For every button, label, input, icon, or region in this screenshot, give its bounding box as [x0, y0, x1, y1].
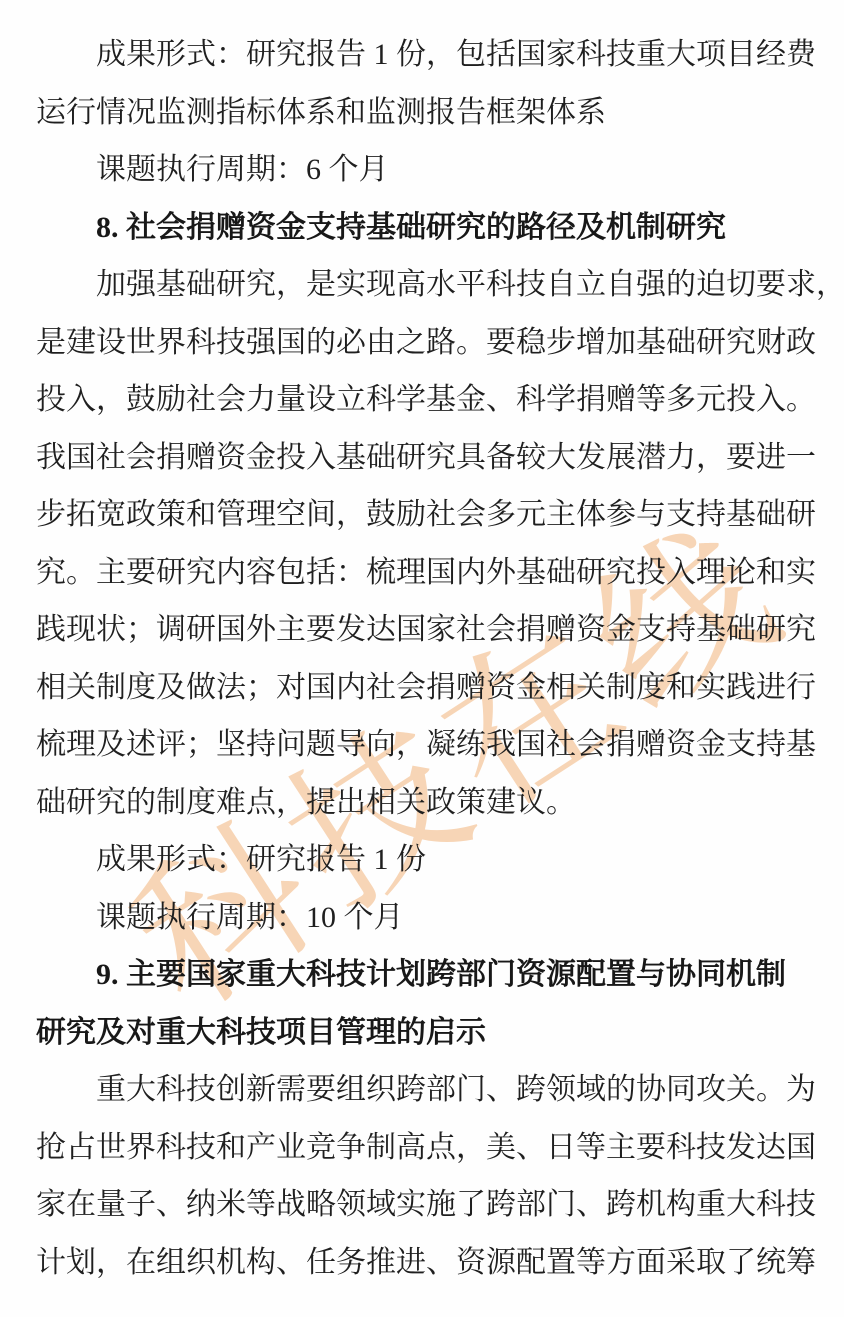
section-9-heading-line-1: 9. 主要国家重大科技计划跨部门资源配置与协同机制: [36, 946, 820, 1004]
text-line: 步拓宽政策和管理空间，鼓励社会多元主体参与支持基础研: [36, 486, 820, 544]
text-line: 础研究的制度难点，提出相关政策建议。: [36, 774, 820, 832]
text-line: 重大科技创新需要组织跨部门、跨领域的协同攻关。为: [36, 1061, 820, 1119]
text-line: 梳理及述评；坚持问题导向，凝练我国社会捐赠资金支持基: [36, 716, 820, 774]
text-line: 相关制度及做法；对国内社会捐赠资金相关制度和实践进行: [36, 659, 820, 717]
text-line: 家在量子、纳米等战略领域实施了跨部门、跨机构重大科技: [36, 1176, 820, 1234]
document-page: 科技在线 成果形式：研究报告 1 份，包括国家科技重大项目经费 运行情况监测指标…: [0, 0, 844, 1317]
text-line: 投入，鼓励社会力量设立科学基金、科学捐赠等多元投入。: [36, 371, 820, 429]
text-line: 加强基础研究，是实现高水平科技自立自强的迫切要求，: [36, 256, 820, 314]
section-9-heading-line-2: 研究及对重大科技项目管理的启示: [36, 1004, 820, 1062]
text-line: 抢占世界科技和产业竞争制高点，美、日等主要科技发达国: [36, 1119, 820, 1177]
text-line: 计划，在组织机构、任务推进、资源配置等方面采取了统筹: [36, 1234, 820, 1292]
text-line: 究。主要研究内容包括：梳理国内外基础研究投入理论和实: [36, 544, 820, 602]
text-line: 我国社会捐赠资金投入基础研究具备较大发展潜力，要进一: [36, 429, 820, 487]
text-line: 成果形式：研究报告 1 份，包括国家科技重大项目经费: [36, 26, 820, 84]
section-8-heading: 8. 社会捐赠资金支持基础研究的路径及机制研究: [36, 199, 820, 257]
text-line: 运行情况监测指标体系和监测报告框架体系: [36, 84, 820, 142]
text-line: 课题执行周期：10 个月: [36, 889, 820, 947]
text-line: 是建设世界科技强国的必由之路。要稳步增加基础研究财政: [36, 314, 820, 372]
text-line: 践现状；调研国外主要发达国家社会捐赠资金支持基础研究: [36, 601, 820, 659]
text-line: 成果形式：研究报告 1 份: [36, 831, 820, 889]
text-line: 课题执行周期：6 个月: [36, 141, 820, 199]
document-body: 成果形式：研究报告 1 份，包括国家科技重大项目经费 运行情况监测指标体系和监测…: [36, 26, 820, 1291]
